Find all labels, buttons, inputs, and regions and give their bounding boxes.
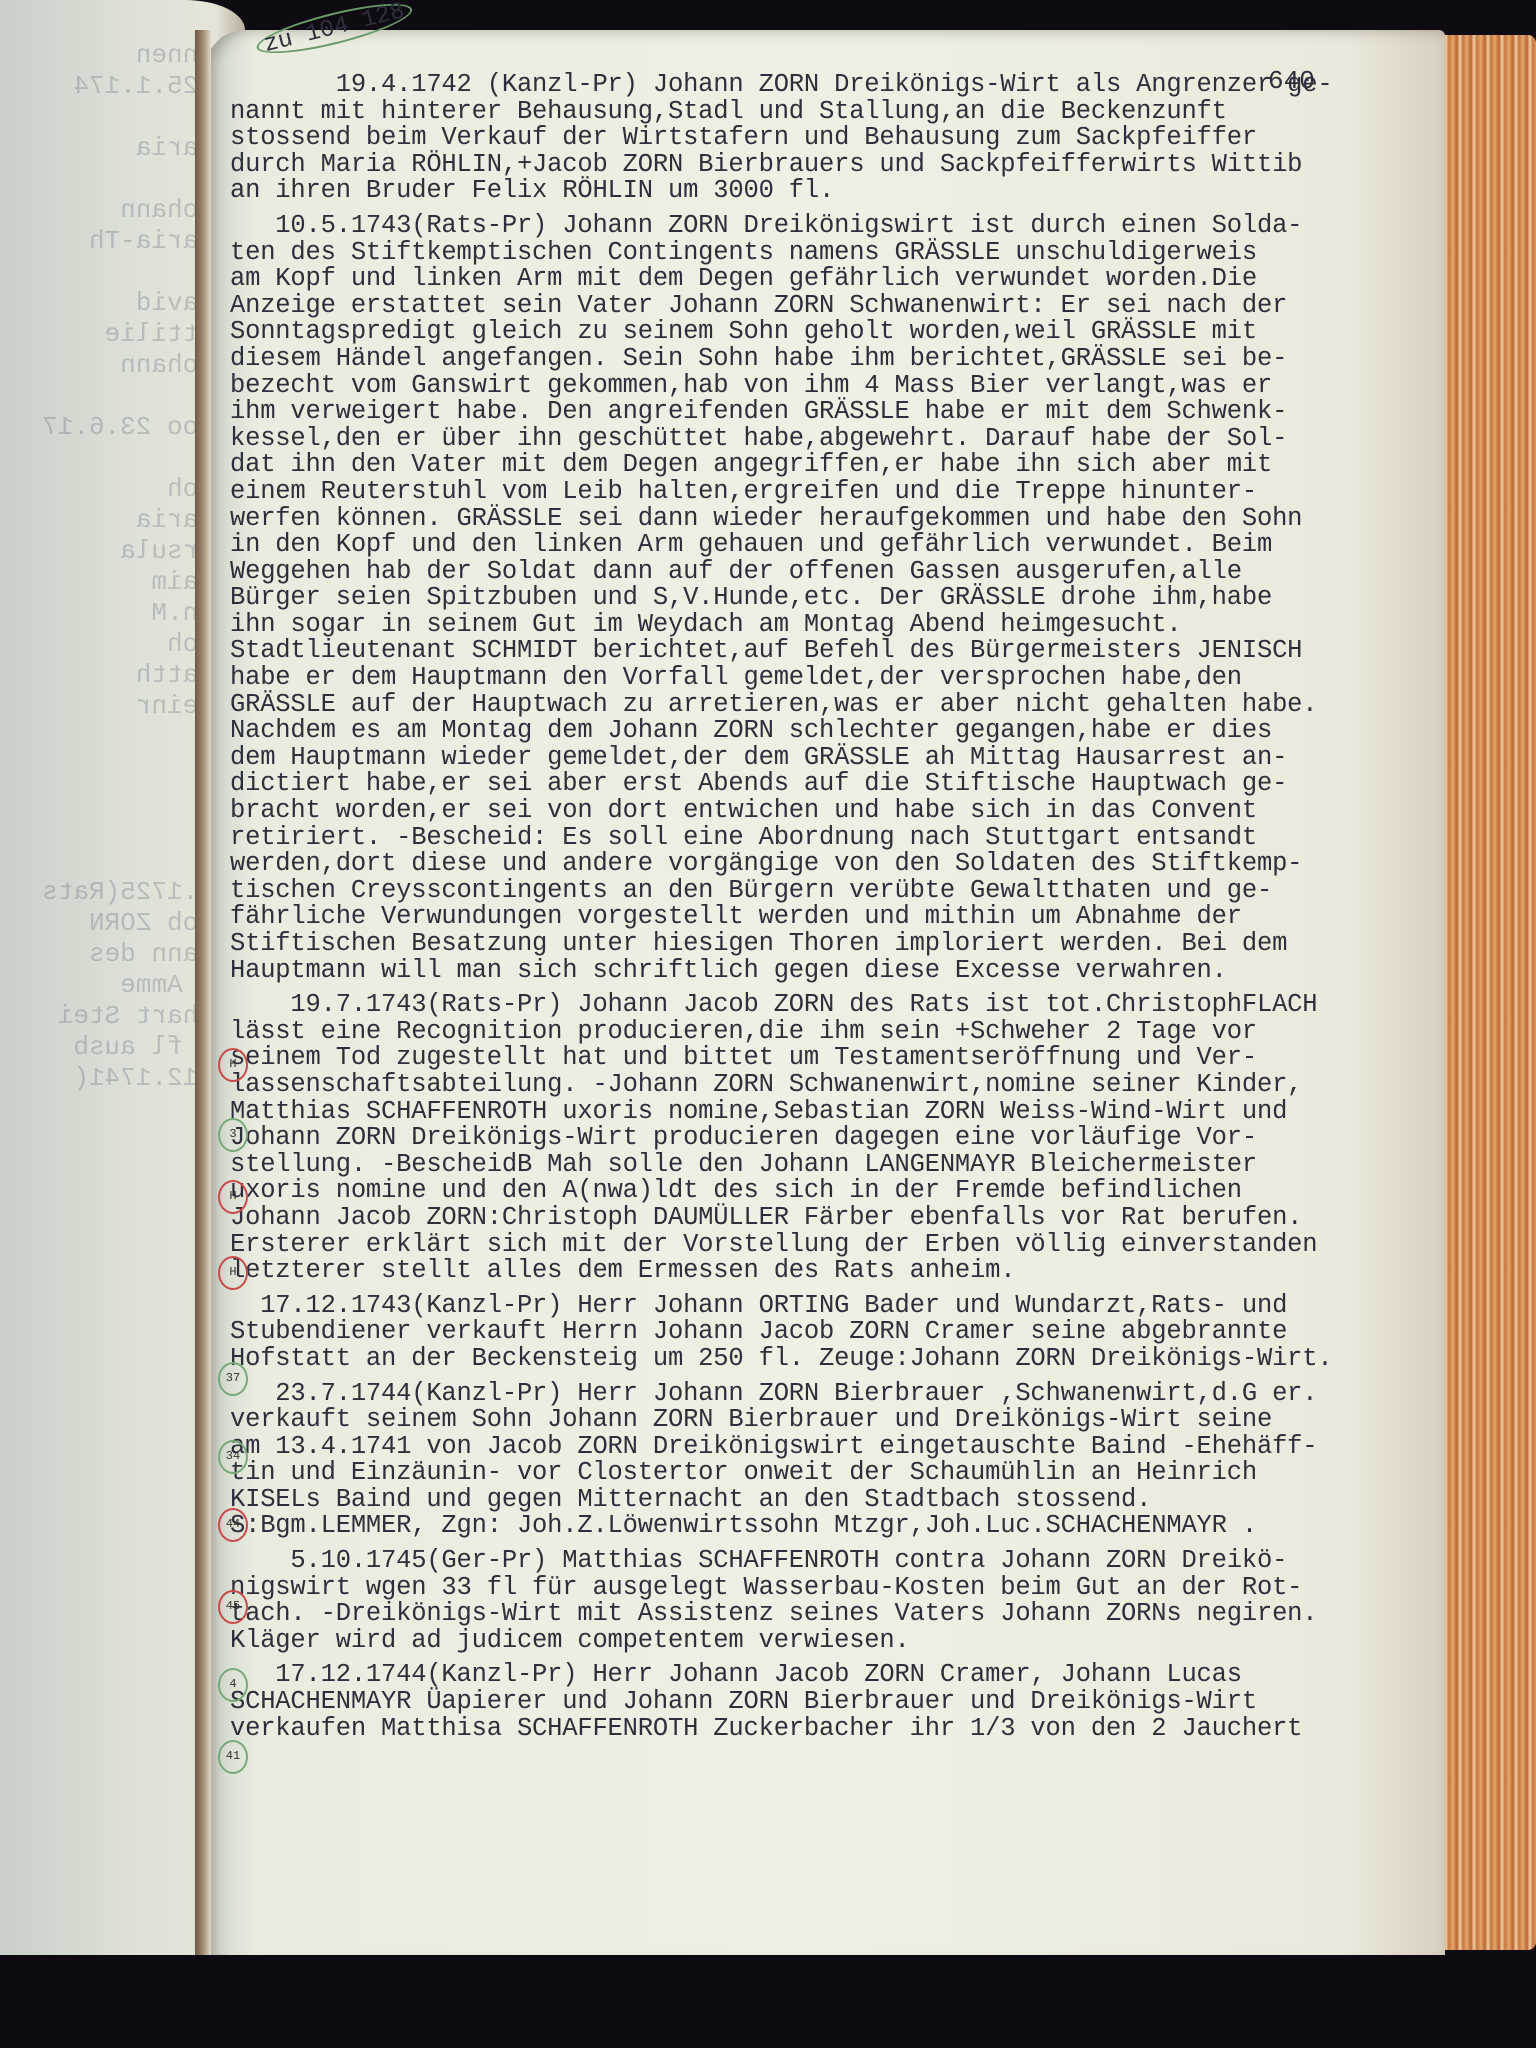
text-line: ihm verweigert habe. Den angreifenden GR… bbox=[230, 399, 1500, 426]
entry-e7: 17.12.1744(Kanzl-Pr) Herr Johann Jacob Z… bbox=[230, 1662, 1500, 1742]
text-line: Hauptmann will man sich schriftlich gege… bbox=[230, 958, 1500, 985]
margin-mark-circle: 37 bbox=[218, 1362, 248, 1396]
text-line: Hofstatt an der Beckensteig um 250 fl. Z… bbox=[230, 1346, 1500, 1373]
text-line: Matthias SCHAFFENROTH uxoris nomine,Seba… bbox=[230, 1099, 1500, 1126]
text-line: Sonntagspredigt gleich zu seinem Sohn ge… bbox=[230, 319, 1500, 346]
margin-mark-circle: H bbox=[218, 1256, 248, 1290]
entry-e3: 19.7.1743(Rats-Pr) Johann Jacob ZORN des… bbox=[230, 992, 1500, 1285]
entry-e5: 23.7.1744(Kanzl-Pr) Herr Johann ZORN Bie… bbox=[230, 1381, 1500, 1541]
margin-mark-circle: H bbox=[218, 1180, 248, 1214]
margin-mark-circle: H bbox=[218, 1048, 248, 1082]
text-line: am Kopf und linken Arm mit dem Degen gef… bbox=[230, 266, 1500, 293]
text-line: Nachdem es am Montag dem Johann ZORN sch… bbox=[230, 718, 1500, 745]
text-line: stellung. -BescheidB Mah solle den Johan… bbox=[230, 1152, 1500, 1179]
text-line: 19.7.1743(Rats-Pr) Johann Jacob ZORN des… bbox=[230, 992, 1500, 1019]
text-line: nannt mit hinterer Behausung,Stadl und S… bbox=[230, 99, 1500, 126]
text-line: Weggehen hab der Soldat dann auf der off… bbox=[230, 559, 1500, 586]
text-line: nigswirt wgen 33 fl für ausgelegt Wasser… bbox=[230, 1575, 1500, 1602]
text-line: werfen können. GRÄSSLE sei dann wieder h… bbox=[230, 506, 1500, 533]
text-line: retiriert. -Bescheid: Es soll eine Abord… bbox=[230, 825, 1500, 852]
margin-mark-circle: 44 bbox=[218, 1508, 248, 1542]
text-line: uxoris nomine und den A(nwa)ldt des sich… bbox=[230, 1178, 1500, 1205]
text-line: Kläger wird ad judicem competentem verwi… bbox=[230, 1628, 1500, 1655]
text-line: dem Hauptmann wieder gemeldet,der dem GR… bbox=[230, 745, 1500, 772]
text-line: 10.5.1743(Rats-Pr) Johann ZORN Dreikönig… bbox=[230, 213, 1500, 240]
text-line: 5.10.1745(Ger-Pr) Matthias SCHAFFENROTH … bbox=[230, 1548, 1500, 1575]
text-line: stossend beim Verkauf der Wirtstafern un… bbox=[230, 125, 1500, 152]
text-line: lassenschaftsabteilung. -Johann ZORN Sch… bbox=[230, 1072, 1500, 1099]
text-line: seinem Tod zugestellt hat und bittet um … bbox=[230, 1045, 1500, 1072]
text-line: 17.12.1744(Kanzl-Pr) Herr Johann Jacob Z… bbox=[230, 1662, 1500, 1689]
text-line: tischen Creysscontingents an den Bürgern… bbox=[230, 878, 1500, 905]
entry-e6: 5.10.1745(Ger-Pr) Matthias SCHAFFENROTH … bbox=[230, 1548, 1500, 1654]
text-line: Stubendiener verkauft Herrn Johann Jacob… bbox=[230, 1319, 1500, 1346]
text-line: S:Bgm.LEMMER, Zgn: Joh.Z.Löwenwirtssohn … bbox=[230, 1513, 1500, 1540]
text-line: verkauft seinem Sohn Johann ZORN Bierbra… bbox=[230, 1407, 1500, 1434]
text-line: fährliche Verwundungen vorgestellt werde… bbox=[230, 904, 1500, 931]
text-line: bezecht vom Ganswirt gekommen,hab von ih… bbox=[230, 373, 1500, 400]
book-gutter bbox=[195, 30, 211, 1965]
text-line: 17.12.1743(Kanzl-Pr) Herr Johann ORTING … bbox=[230, 1293, 1500, 1320]
text-line: GRÄSSLE auf der Hauptwach zu arretieren,… bbox=[230, 692, 1500, 719]
text-line: durch Maria RÖHLIN,+Jacob ZORN Bierbraue… bbox=[230, 152, 1500, 179]
text-line: verkaufen Matthisa SCHAFFENROTH Zuckerba… bbox=[230, 1716, 1500, 1743]
entry-e4: 17.12.1743(Kanzl-Pr) Herr Johann ORTING … bbox=[230, 1293, 1500, 1373]
entry-e2: 10.5.1743(Rats-Pr) Johann ZORN Dreikönig… bbox=[230, 213, 1500, 984]
text-line: Johann ZORN Dreikönigs-Wirt producieren … bbox=[230, 1125, 1500, 1152]
margin-mark-circle: 41 bbox=[218, 1740, 248, 1774]
text-line: Bürger seien Spitzbuben und S,V.Hunde,et… bbox=[230, 585, 1500, 612]
text-line: kessel,den er über ihn geschüttet habe,a… bbox=[230, 426, 1500, 453]
margin-mark-circle: 45 bbox=[218, 1590, 248, 1624]
margin-mark-circle: 34 bbox=[218, 1440, 248, 1474]
typewritten-text: 19.4.1742 (Kanzl-Pr) Johann ZORN Dreikön… bbox=[230, 28, 1500, 1742]
text-line: Johann Jacob ZORN:Christoph DAUMÜLLER Fä… bbox=[230, 1205, 1500, 1232]
text-line: tach. -Dreikönigs-Wirt mit Assistenz sei… bbox=[230, 1601, 1500, 1628]
text-line: dat ihn den Vater mit dem Degen angegrif… bbox=[230, 452, 1500, 479]
text-line: Stiftischen Besatzung unter hiesigen Tho… bbox=[230, 931, 1500, 958]
text-line: an ihren Bruder Felix RÖHLIN um 3000 fl. bbox=[230, 178, 1500, 205]
text-line: 19.4.1742 (Kanzl-Pr) Johann ZORN Dreikön… bbox=[230, 72, 1500, 99]
text-line: in den Kopf und den linken Arm gehauen u… bbox=[230, 532, 1500, 559]
text-line: letzterer stellt alles dem Ermessen des … bbox=[230, 1258, 1500, 1285]
text-line: ten des Stiftkemptischen Contingents nam… bbox=[230, 240, 1500, 267]
text-line: Anzeige erstattet sein Vater Johann ZORN… bbox=[230, 293, 1500, 320]
text-line: bracht worden,er sei von dort entwichen … bbox=[230, 798, 1500, 825]
text-line: habe er dem Hauptmann den Vorfall gemeld… bbox=[230, 665, 1500, 692]
entry-e1: 19.4.1742 (Kanzl-Pr) Johann ZORN Dreikön… bbox=[230, 72, 1500, 205]
text-line: ihn sogar in seinem Gut im Weydach am Mo… bbox=[230, 612, 1500, 639]
text-line: diesem Händel angefangen. Sein Sohn habe… bbox=[230, 346, 1500, 373]
table-surface bbox=[0, 1955, 1536, 2048]
margin-mark-circle: 3 bbox=[218, 1118, 248, 1152]
text-line: SCHACHENMAYR Üapierer und Johann ZORN Bi… bbox=[230, 1689, 1500, 1716]
text-line: Stadtlieutenant SCHMIDT berichtet,auf Be… bbox=[230, 638, 1500, 665]
margin-mark-circle: 4 bbox=[218, 1668, 248, 1702]
text-line: dictiert habe,er sei aber erst Abends au… bbox=[230, 771, 1500, 798]
text-line: KISELs Baind und gegen Mitternacht an de… bbox=[230, 1487, 1500, 1514]
text-line: einem Reuterstuhl vom Leib halten,ergrei… bbox=[230, 479, 1500, 506]
text-line: werden,dort diese und andere vorgängige … bbox=[230, 851, 1500, 878]
text-line: Ersterer erklärt sich mit der Vorstellun… bbox=[230, 1232, 1500, 1259]
text-line: lässt eine Recognition producieren,die i… bbox=[230, 1019, 1500, 1046]
text-line: am 13.4.1741 von Jacob ZORN Dreikönigswi… bbox=[230, 1434, 1500, 1461]
text-line: 23.7.1744(Kanzl-Pr) Herr Johann ZORN Bie… bbox=[230, 1381, 1500, 1408]
text-line: tin und Einzäunin- vor Clostertor onweit… bbox=[230, 1460, 1500, 1487]
